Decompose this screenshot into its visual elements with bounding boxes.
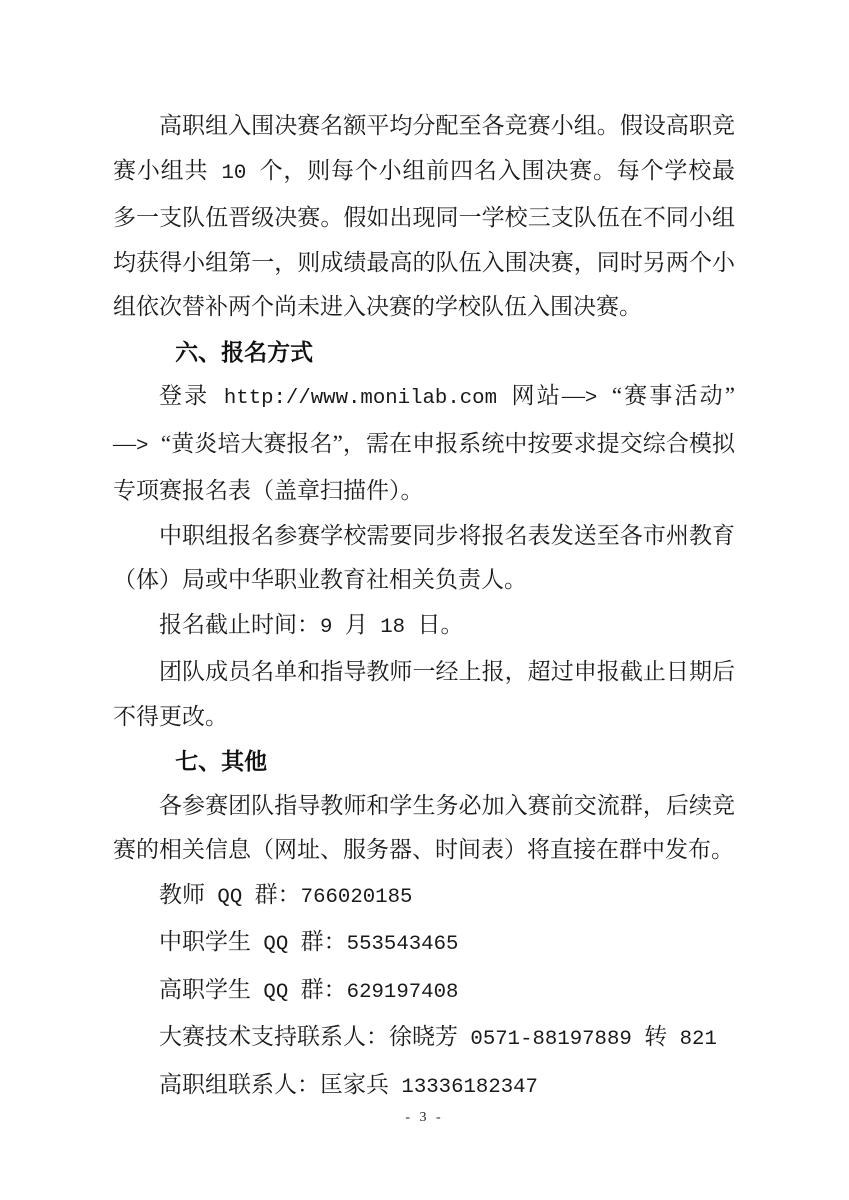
paragraph-gaozhi-student-qq-group: 高职学生 QQ 群：629197408 (113, 968, 735, 1016)
paragraph-zhongzhi-student-qq-group: 中职学生 QQ 群：553543465 (113, 920, 735, 968)
paragraph-registration-deadline: 报名截止时间：9 月 18 日。 (113, 603, 735, 651)
paragraph-zhongzhi-form-submission: 中职组报名参赛学校需要同步将报名表发送至各市州教育（体）局或中华职业教育社相关负… (113, 514, 735, 603)
paragraph-tech-support-contact: 大赛技术支持联系人：徐晓芳 0571-88197889 转 821 (113, 1015, 735, 1063)
paragraph-gaozhi-group-contact: 高职组联系人：匡家兵 13336182347 (113, 1063, 735, 1111)
paragraph-registration-website: 登录 http://www.monilab.com 网站—> “赛事活动” —>… (113, 374, 735, 514)
heading-others: 七、其他 (113, 739, 735, 784)
page-number: - 3 - (0, 1110, 849, 1126)
document-body: 高职组入围决赛名额平均分配至各竞赛小组。假设高职竞赛小组共 10 个，则每个小组… (113, 104, 735, 1110)
paragraph-finals-allocation: 高职组入围决赛名额平均分配至各竞赛小组。假设高职竞赛小组共 10 个，则每个小组… (113, 104, 735, 330)
paragraph-qq-group-notice: 各参赛团队指导教师和学生务必加入赛前交流群，后续竞赛的相关信息（网址、服务器、时… (113, 784, 735, 873)
heading-registration-method: 六、报名方式 (113, 330, 735, 375)
document-page: 高职组入围决赛名额平均分配至各竞赛小组。假设高职竞赛小组共 10 个，则每个小组… (0, 0, 849, 1200)
paragraph-teacher-qq-group: 教师 QQ 群：766020185 (113, 873, 735, 921)
paragraph-no-changes-after-deadline: 团队成员名单和指导教师一经上报，超过申报截止日期后不得更改。 (113, 650, 735, 739)
